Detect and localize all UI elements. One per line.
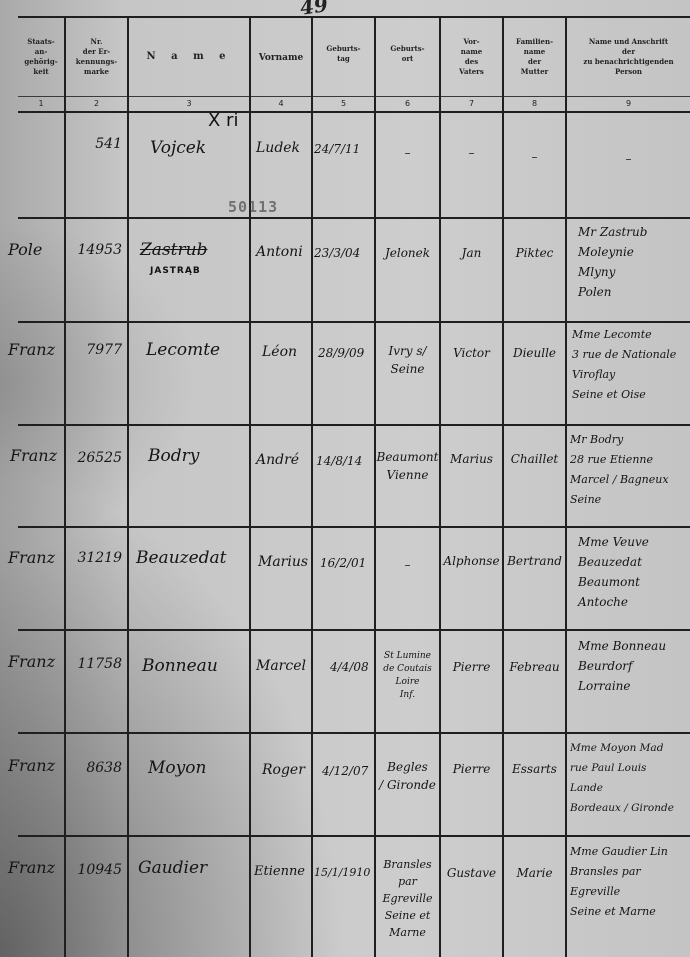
mother-family-name: Dieulle xyxy=(504,346,565,360)
notify-person: Mr Zastrub Moleynie Mlyny Polen xyxy=(578,222,647,302)
notify-person: Mr Bodry 28 rue Etienne Marcel / Bagneux… xyxy=(570,430,669,510)
column-number: 8 xyxy=(504,99,565,112)
first-name: Léon xyxy=(262,344,297,360)
tag-number: 14953 xyxy=(66,242,122,258)
father-first-name: Pierre xyxy=(441,762,502,776)
notify-person: Mme Veuve Beauzedat Beaumont Antoche xyxy=(578,532,649,612)
column-divider xyxy=(311,16,313,957)
surname: Bonneau xyxy=(142,656,218,676)
row-divider xyxy=(18,732,690,734)
mother-family-name: – xyxy=(504,150,565,164)
first-name: Antoni xyxy=(256,244,303,260)
row-divider xyxy=(18,526,690,528)
birth-place: Bransles par Egreville Seine et Marne xyxy=(376,856,439,941)
birth-date: 28/9/09 xyxy=(318,346,364,360)
faint-stamp: 50113 xyxy=(228,198,278,216)
tag-number: 26525 xyxy=(66,450,122,466)
first-name: Ludek xyxy=(256,140,300,156)
father-first-name: Gustave xyxy=(441,866,502,880)
header-father-first-name: Vor- name des Vaters xyxy=(441,18,502,95)
surname: Gaudier xyxy=(138,858,207,878)
first-name: Roger xyxy=(262,762,305,778)
header-mother-family-name: Familien- name der Mutter xyxy=(504,18,565,95)
column-number: 4 xyxy=(251,99,311,112)
first-name: André xyxy=(256,452,299,468)
mother-family-name: Marie xyxy=(504,866,565,880)
header-notify-person: Name und Anschrift der zu benachrichtige… xyxy=(567,18,690,95)
column-divider xyxy=(249,16,251,957)
row-divider xyxy=(18,629,690,631)
tag-number: 541 xyxy=(66,136,122,152)
column-number: 6 xyxy=(376,99,439,112)
tag-number: 11758 xyxy=(66,656,122,672)
mother-family-name: Febreau xyxy=(504,660,565,674)
father-first-name: Victor xyxy=(441,346,502,360)
surname: Lecomte xyxy=(146,340,220,360)
birth-date: 4/12/07 xyxy=(322,764,368,778)
column-number: 1 xyxy=(18,99,64,112)
surname: Bodry xyxy=(148,446,199,466)
notify-person: Mme Moyon Mad rue Paul Louis Lande Borde… xyxy=(570,738,674,818)
row-divider xyxy=(18,321,690,323)
birth-date: 24/7/11 xyxy=(314,142,360,156)
birth-place: Ivry s/ Seine xyxy=(376,342,439,378)
birth-date: 15/1/1910 xyxy=(314,866,370,879)
notify-person: Mme Bonneau Beurdorf Lorraine xyxy=(578,636,666,696)
header-surname: N a m e xyxy=(129,18,249,95)
register-page: 49 Staats- an- gehörig- keit Nr. der Er-… xyxy=(0,0,690,957)
birth-date: 16/2/01 xyxy=(320,556,366,570)
tag-number: 7977 xyxy=(66,342,122,358)
nationality: Franz xyxy=(8,858,55,877)
row-divider xyxy=(18,424,690,426)
father-first-name: Jan xyxy=(441,246,502,260)
father-first-name: Pierre xyxy=(441,660,502,674)
surname: Moyon xyxy=(148,758,206,778)
row-divider xyxy=(18,835,690,837)
mother-family-name: Bertrand xyxy=(504,554,565,568)
father-first-name: – xyxy=(441,146,502,160)
column-divider xyxy=(64,16,66,957)
column-number: 2 xyxy=(66,99,127,112)
column-number: 9 xyxy=(567,99,690,112)
header-number-rule xyxy=(18,96,690,97)
birth-place: St Lumine de Coutais Loire Inf. xyxy=(376,650,439,702)
father-first-name: Marius xyxy=(441,452,502,466)
surname-correction: JASTRĄB xyxy=(150,266,201,276)
nationality: Franz xyxy=(8,652,55,671)
surname: Beauzedat xyxy=(136,548,227,568)
annotation-mark: X ri xyxy=(208,110,238,131)
column-number: 5 xyxy=(313,99,374,112)
nationality: Franz xyxy=(10,446,57,465)
nationality: Pole xyxy=(8,240,42,259)
birth-date: 23/3/04 xyxy=(314,246,360,260)
tag-number: 8638 xyxy=(66,760,122,776)
header-birth-date: Geburts- tag xyxy=(313,18,374,95)
birth-date: 4/4/08 xyxy=(330,660,369,674)
first-name: Etienne xyxy=(254,864,305,879)
tag-number: 10945 xyxy=(66,862,122,878)
mother-family-name: Essarts xyxy=(504,762,565,776)
header-nationality: Staats- an- gehörig- keit xyxy=(18,18,64,95)
first-name: Marcel xyxy=(256,658,306,674)
birth-place: Jelonek xyxy=(376,246,439,260)
nationality: Franz xyxy=(8,548,55,567)
birth-place: – xyxy=(376,146,439,160)
notify-person: Mme Lecomte 3 rue de Nationale Viroflay … xyxy=(572,325,676,405)
notify-person: – xyxy=(567,152,690,166)
notify-person: Mme Gaudier Lin Bransles par Egreville S… xyxy=(570,842,668,922)
column-number: 7 xyxy=(441,99,502,112)
column-divider xyxy=(127,16,129,957)
header-first-name: Vorname xyxy=(251,18,311,95)
header-birth-place: Geburts- ort xyxy=(376,18,439,95)
row-divider xyxy=(18,217,690,219)
nationality: Franz xyxy=(8,340,55,359)
mother-family-name: Chaillet xyxy=(504,452,565,466)
father-first-name: Alphonse xyxy=(441,554,502,568)
birth-place: Begles / Gironde xyxy=(376,758,439,794)
tag-number: 31219 xyxy=(66,550,122,566)
mother-family-name: Piktec xyxy=(504,246,565,260)
nationality: Franz xyxy=(8,756,55,775)
header-tag-number: Nr. der Er- kennungs- marke xyxy=(66,18,127,95)
birth-place: – xyxy=(376,558,439,572)
surname-struck: Zastrub xyxy=(140,240,207,260)
first-name: Marius xyxy=(258,554,308,570)
birth-date: 14/8/14 xyxy=(316,454,362,468)
surname: Vojcek xyxy=(150,138,206,158)
birth-place: Beaumont Vienne xyxy=(376,448,439,484)
